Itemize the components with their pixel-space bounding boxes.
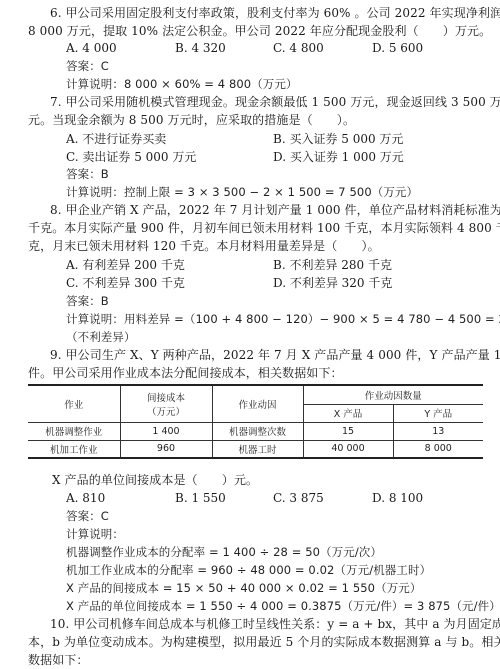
q7-answer: 答案：B: [66, 167, 109, 181]
q7-option-d: D. 买入证券 1 000 万元: [273, 150, 404, 164]
q8-option-b: B. 不利差异 280 千克: [273, 258, 392, 272]
q7-explanation: 计算说明：控制上限 = 3 × 3 500 − 2 × 1 500 = 7 50…: [66, 185, 418, 199]
cell-y: 13: [393, 422, 483, 440]
q8-stem-line3: 克，月末已领未用材料 120 千克。本月材料用量差异是（ ）。: [28, 239, 380, 253]
q8-explanation: 计算说明：用料差异 =（100 + 4 800 − 120）− 900 × 5 …: [66, 312, 500, 326]
q8-option-c: C. 不利差异 300 千克: [66, 276, 185, 290]
q7-option-a: A. 不进行证券买卖: [66, 132, 166, 146]
q9-stem-line2: 件。甲公司采用作业成本法分配间接成本，相关数据如下：: [28, 366, 343, 380]
q8-stem-line1: 8. 甲企业产销 X 产品，2022 年 7 月计划产量 1 000 件，单位产…: [50, 203, 500, 217]
cell-y: 8 000: [393, 440, 483, 458]
header-driver-qty: 作业动因数量: [303, 385, 483, 404]
q10-stem-line2: 本，b 为单位变动成本。为构建模型，拟用最近 5 个月的实际成本数据测算 a 与…: [28, 635, 500, 649]
q10-stem-line1: 10. 甲公司机修车间总成本与机修工时呈线性关系：y = a + bx，其中 a…: [50, 617, 500, 631]
q9-explanation-title: 计算说明：: [66, 527, 124, 541]
q7-option-b: B. 买入证券 5 000 万元: [273, 132, 403, 146]
q8-answer: 答案：B: [66, 294, 109, 308]
q9-option-b: B. 1 550: [175, 491, 226, 505]
cell-driver: 机器调整次数: [212, 422, 303, 440]
header-indirect-cost: 间接成本 （万元）: [120, 385, 212, 422]
q9-explanation-line: X 产品的单位间接成本 = 1 550 ÷ 4 000 = 0.3875（万元/…: [66, 599, 500, 613]
header-driver: 作业动因: [212, 385, 303, 422]
q7-option-c: C. 卖出证券 5 000 万元: [66, 150, 196, 164]
q9-answer: 答案：C: [66, 509, 109, 523]
q9-explanation-line: 机器调整作业成本的分配率 = 1 400 ÷ 28 = 50（万元/次）: [66, 545, 382, 559]
cell-x: 40 000: [303, 440, 393, 458]
q6-option-a: A. 4 000: [66, 41, 117, 55]
q9-explanation-line: X 产品的间接成本 = 15 × 50 + 40 000 × 0.02 = 1 …: [66, 581, 422, 595]
table-row: 机器调整作业 1 400 机器调整次数 15 13: [28, 422, 483, 440]
q9-stem-line1: 9. 甲公司生产 X、Y 两种产品，2022 年 7 月 X 产品产量 4 00…: [50, 348, 500, 362]
q8-stem-line2: 千克。本月实际产量 900 件，月初车间已领未用材料 100 千克，本月实际领料…: [28, 221, 500, 235]
q6-stem-line1: 6. 甲公司采用固定股利支付率政策，股利支付率为 60% 。公司 2022 年实…: [50, 6, 500, 20]
q8-option-d: D. 不利差异 320 千克: [273, 276, 392, 290]
q6-option-b: B. 4 320: [175, 41, 226, 55]
q9-option-d: D. 8 100: [372, 491, 423, 505]
q9-option-c: C. 3 875: [273, 491, 324, 505]
q10-stem-line3: 数据如下：: [28, 653, 89, 667]
cell-activity: 机器调整作业: [28, 422, 120, 440]
header-x-product: X 产品: [303, 404, 393, 422]
cell-activity: 机加工作业: [28, 440, 120, 458]
q8-explanation-note: （不利差异）: [66, 330, 136, 344]
q9-option-a: A. 810: [66, 491, 105, 505]
q6-answer: 答案：C: [66, 59, 109, 73]
q9-explanation-line: 机加工作业成本的分配率 = 960 ÷ 48 000 = 0.02（万元/机器工…: [66, 563, 431, 577]
q6-option-d: D. 5 600: [372, 41, 423, 55]
header-y-product: Y 产品: [393, 404, 483, 422]
cell-cost: 1 400: [120, 422, 212, 440]
q6-option-c: C. 4 800: [273, 41, 324, 55]
activity-cost-table: 作业 间接成本 （万元） 作业动因 作业动因数量 X 产品 Y 产品 机器调整作…: [28, 384, 483, 459]
cell-driver: 机器工时: [212, 440, 303, 458]
q6-stem-line2: 8 000 万元，提取 10% 法定公积金。甲公司 2022 年应分配现金股利（…: [28, 24, 491, 38]
header-indirect-cost-unit: （万元）: [121, 404, 212, 418]
q8-option-a: A. 有利差异 200 千克: [66, 258, 185, 272]
q7-stem-line2: 元。当现金余额为 8 500 万元时，应采取的措施是（ ）。: [28, 113, 355, 127]
cell-x: 15: [303, 422, 393, 440]
q7-stem-line1: 7. 甲公司采用随机模式管理现金。现金余额最低 1 500 万元，现金返回线 3…: [50, 95, 500, 109]
cell-cost: 960: [120, 440, 212, 458]
q6-explanation: 计算说明：8 000 × 60% = 4 800（万元）: [66, 77, 298, 91]
q9-question: X 产品的单位间接成本是（ ）元。: [52, 473, 258, 487]
header-activity: 作业: [28, 385, 120, 422]
header-indirect-cost-label: 间接成本: [121, 390, 212, 404]
table-row: 机加工作业 960 机器工时 40 000 8 000: [28, 440, 483, 458]
